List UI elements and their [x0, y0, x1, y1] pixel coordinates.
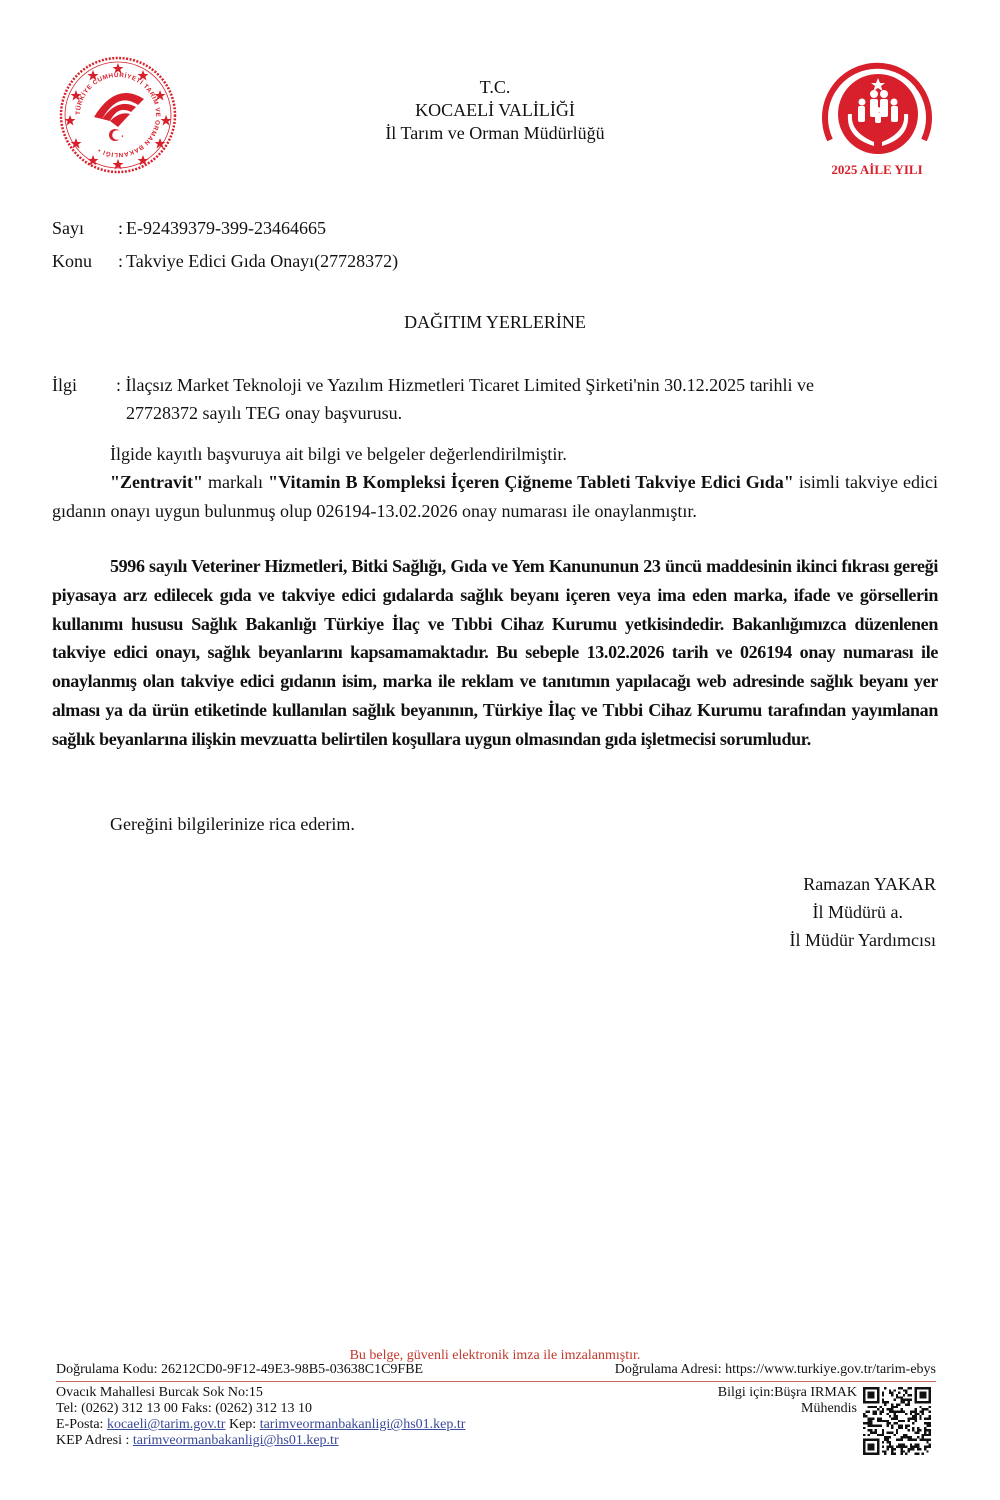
family-year-logo: 2025 AİLE YILI [812, 52, 942, 180]
phone-fax: Tel: (0262) 312 13 00 Faks: (0262) 312 1… [56, 1401, 465, 1417]
reference-line-2: 27728372 sayılı TEG onay başvurusu. [116, 399, 946, 427]
signer-name: Ramazan YAKAR [700, 870, 936, 898]
signer-title-1: İl Müdürü a. [700, 898, 936, 926]
qr-code-icon[interactable] [863, 1387, 931, 1455]
header-governorship: KOCAELİ VALİLİĞİ [300, 99, 690, 122]
subject-label: Konu [52, 250, 118, 272]
paragraph-evaluation: İlgide kayıtlı başvuruya ait bilgi ve be… [52, 440, 938, 469]
verification-code: Doğrulama Kodu: 26212CD0-9F12-49E3-98B5-… [56, 1362, 423, 1377]
kep-link[interactable]: tarimveormanbakanligi@hs01.kep.tr [260, 1417, 466, 1432]
ministry-seal-icon: TÜRKİYE CUMHURİYETİ TARIM VE ORMAN BAKAN… [58, 55, 178, 175]
info-contact-title: Mühendis [640, 1401, 857, 1417]
reference-line-1: İlaçsız Market Teknoloji ve Yazılım Hizm… [126, 375, 815, 395]
postal-address: Ovacık Mahallesi Burcak Sok No:15 [56, 1385, 465, 1401]
svg-text:2025 AİLE YILI: 2025 AİLE YILI [831, 162, 922, 177]
reference-number-label: Sayı [52, 217, 118, 239]
kep-address-row: KEP Adresi : tarimveormanbakanligi@hs01.… [56, 1433, 465, 1449]
contact-block: Ovacık Mahallesi Burcak Sok No:15 Tel: (… [56, 1385, 465, 1449]
product-name: "Vitamin B Kompleksi İçeren Çiğneme Tabl… [268, 472, 794, 492]
header-tc: T.C. [300, 76, 690, 99]
reference-text: : İlaçsız Market Teknoloji ve Yazılım Hi… [116, 371, 946, 427]
subject-row: Konu:Takviye Edici Gıda Onayı(27728372) [52, 250, 398, 272]
distribution-heading: DAĞITIM YERLERİNE [0, 312, 990, 333]
reference-number-value: E-92439379-399-23464665 [126, 218, 326, 238]
ministry-seal-logo: TÜRKİYE CUMHURİYETİ TARIM VE ORMAN BAKAN… [58, 55, 178, 175]
reference-number-row: Sayı:E-92439379-399-23464665 [52, 217, 326, 239]
signature-block: Ramazan YAKAR İl Müdürü a. İl Müdür Yard… [700, 870, 936, 954]
footer-divider [56, 1381, 936, 1382]
brand-name: "Zentravit" [110, 472, 203, 492]
document-header: T.C. KOCAELİ VALİLİĞİ İl Tarım ve Orman … [300, 76, 690, 145]
paragraph-closing: Gereğini bilgilerinize rica ederim. [52, 810, 938, 839]
family-year-logo-icon: 2025 AİLE YILI [812, 52, 942, 180]
svg-text:TÜRKİYE CUMHURİYETİ TARIM VE O: TÜRKİYE CUMHURİYETİ TARIM VE ORMAN BAKAN… [73, 72, 161, 160]
signer-title-2: İl Müdür Yardımcısı [700, 926, 936, 954]
paragraph-approval: "Zentravit" markalı "Vitamin B Kompleksi… [52, 468, 938, 526]
info-contact: Bilgi için:Büşra IRMAK Mühendis [640, 1385, 857, 1417]
verification-row: Doğrulama Kodu: 26212CD0-9F12-49E3-98B5-… [56, 1362, 936, 1378]
email-link[interactable]: kocaeli@tarim.gov.tr [107, 1417, 226, 1432]
reference-label: İlgi [52, 371, 77, 399]
header-directorate: İl Tarım ve Orman Müdürlüğü [300, 122, 690, 145]
email-row: E-Posta: kocaeli@tarim.gov.tr Kep: tarim… [56, 1417, 465, 1433]
subject-value: Takviye Edici Gıda Onayı(27728372) [126, 251, 398, 271]
verification-address[interactable]: Doğrulama Adresi: https://www.turkiye.go… [615, 1362, 936, 1378]
paragraph-legal-notice: 5996 sayılı Veteriner Hizmetleri, Bitki … [52, 552, 938, 754]
kep-address-link[interactable]: tarimveormanbakanligi@hs01.kep.tr [133, 1433, 339, 1448]
info-contact-name: Bilgi için:Büşra IRMAK [640, 1385, 857, 1401]
